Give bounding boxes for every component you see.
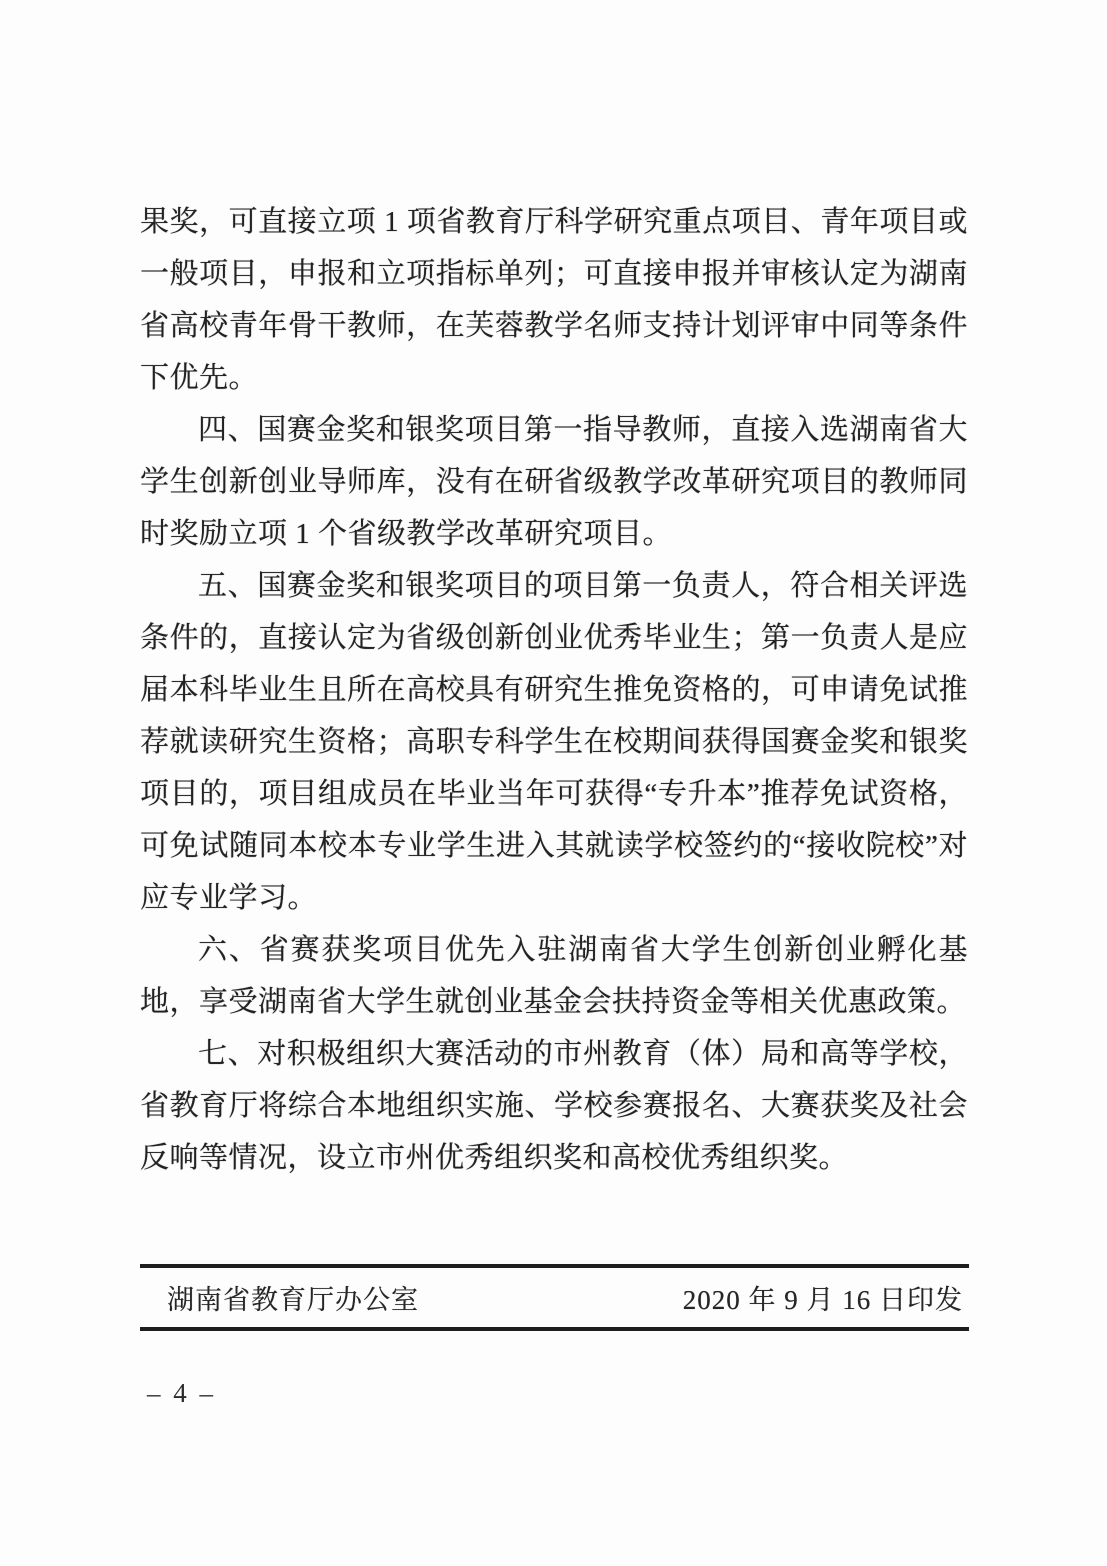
footer-issuing-office: 湖南省教育厅办公室 xyxy=(167,1278,419,1317)
footer-row: 湖南省教育厅办公室 2020 年 9 月 16 日印发 xyxy=(140,1268,969,1327)
document-page: 果奖，可直接立项 1 项省教育厅科学研究重点项目、青年项目或一般项目，申报和立项… xyxy=(0,0,1107,1566)
document-body: 果奖，可直接立项 1 项省教育厅科学研究重点项目、青年项目或一般项目，申报和立项… xyxy=(140,196,968,1184)
paragraph-item-6: 六、省赛获奖项目优先入驻湖南省大学生创新创业孵化基地，享受湖南省大学生就创业基金… xyxy=(140,924,968,1028)
paragraph-item-5: 五、国赛金奖和银奖项目的项目第一负责人，符合相关评选条件的，直接认定为省级创新创… xyxy=(140,560,968,924)
paragraph-item-4: 四、国赛金奖和银奖项目第一指导教师，直接入选湖南省大学生创新创业导师库，没有在研… xyxy=(140,404,968,560)
footer-print-date: 2020 年 9 月 16 日印发 xyxy=(683,1278,963,1317)
footer-rule-bottom xyxy=(140,1327,969,1331)
page-number: – 4 – xyxy=(147,1378,216,1409)
paragraph-item-7: 七、对积极组织大赛活动的市州教育（体）局和高等学校，省教育厅将综合本地组织实施、… xyxy=(140,1028,968,1184)
document-footer: 湖南省教育厅办公室 2020 年 9 月 16 日印发 xyxy=(140,1264,969,1331)
paragraph-continuation: 果奖，可直接立项 1 项省教育厅科学研究重点项目、青年项目或一般项目，申报和立项… xyxy=(140,196,968,404)
